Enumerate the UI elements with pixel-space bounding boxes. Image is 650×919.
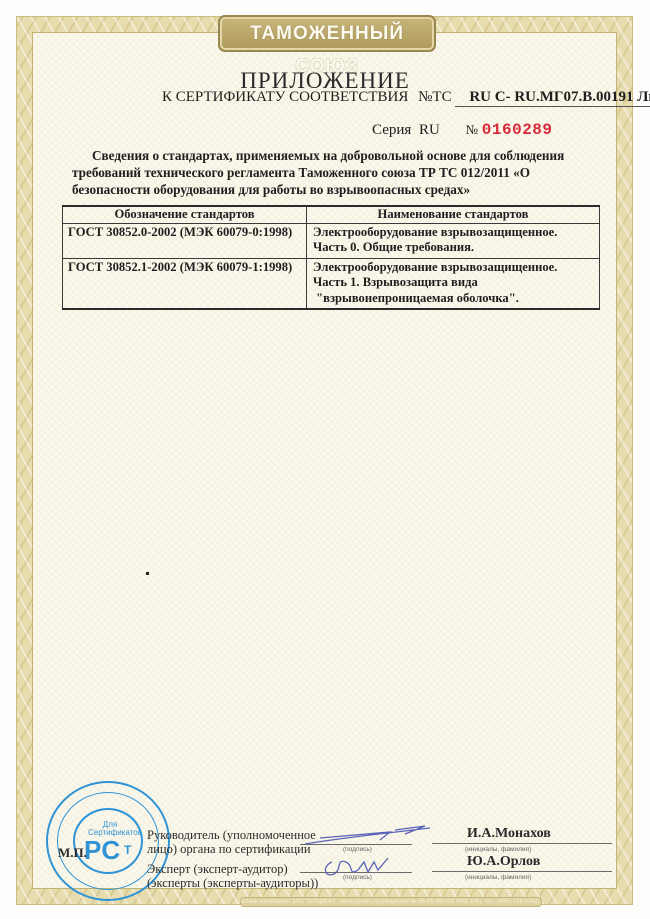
standard-name-line: Электрооборудование взрывозащищенное. xyxy=(313,260,594,276)
customs-union-banner: ТАМОЖЕННЫЙ СОЮЗ xyxy=(218,15,436,52)
head-label: Руководитель (уполномоченное лицо) орган… xyxy=(147,828,316,856)
seal-label: М.П. xyxy=(58,845,87,861)
expert-label-line: (эксперты (эксперты-аудиторы)) xyxy=(147,876,318,890)
form-number: 0160289 xyxy=(482,121,553,139)
name-caption: (инициалы, фамилия) xyxy=(465,874,531,881)
stray-dot xyxy=(146,572,149,575)
table-header-row: Обозначение стандартов Наименование стан… xyxy=(63,206,600,223)
standards-table: Обозначение стандартов Наименование стан… xyxy=(62,205,600,310)
expert-name: Ю.А.Орлов xyxy=(467,854,540,870)
standard-name: Электрооборудование взрывозащищенное. Ча… xyxy=(307,258,600,309)
head-name: И.А.Монахов xyxy=(467,826,551,842)
expert-name-line xyxy=(432,871,612,872)
series-line: Серия RU № 0160289 xyxy=(372,121,553,139)
form-no-label: № xyxy=(466,122,478,137)
intro-paragraph: Сведения о стандартах, применяемых на до… xyxy=(72,147,584,198)
standard-designation: ГОСТ 30852.0-2002 (МЭК 60079-0:1998) xyxy=(63,223,307,258)
expert-signature-icon xyxy=(318,852,408,882)
standard-name-line: Электрооборудование взрывозащищенное. xyxy=(313,225,594,241)
series-value: RU xyxy=(419,122,440,138)
expert-label-line: Эксперт (эксперт-аудитор) xyxy=(147,862,318,876)
rst-logo-icon: PC xyxy=(84,835,120,866)
rst-logo-t-icon: T xyxy=(124,843,131,857)
table-row: ГОСТ 30852.1-2002 (МЭК 60079-1:1998) Эле… xyxy=(63,258,600,309)
standard-designation: ГОСТ 30852.1-2002 (МЭК 60079-1:1998) xyxy=(63,258,307,309)
name-caption: (инициалы, фамилия) xyxy=(465,846,531,853)
certificate-prefix: К СЕРТИФИКАТУ СООТВЕТСТВИЯ xyxy=(162,89,408,105)
standard-name-line: "взрывонепроницаемая оболочка". xyxy=(313,291,594,307)
column-header-name: Наименование стандартов xyxy=(307,206,600,223)
certificate-number: RU C- RU.МГ07.В.00191 Лист 1 xyxy=(455,89,650,107)
standard-name-line: Часть 1. Взрывозащита вида xyxy=(313,275,594,291)
series-label: Серия xyxy=(372,122,411,138)
table-row: ГОСТ 30852.0-2002 (МЭК 60079-0:1998) Эле… xyxy=(63,223,600,258)
head-name-line xyxy=(432,843,612,844)
head-label-line: Руководитель (уполномоченное xyxy=(147,828,316,842)
expert-label: Эксперт (эксперт-аудитор) (эксперты (экс… xyxy=(147,862,318,890)
standard-name: Электрооборудование взрывозащищенное. Ча… xyxy=(307,223,600,258)
head-signature-icon xyxy=(300,820,435,850)
printer-footer: Бланк изготовлен ЗАО "ОПЦИОН", www.opcio… xyxy=(240,897,542,907)
head-label-line: лицо) органа по сертификации xyxy=(147,842,316,856)
certificate-line: К СЕРТИФИКАТУ СООТВЕТСТВИЯ №ТС RU C- RU.… xyxy=(162,89,650,107)
column-header-designation: Обозначение стандартов xyxy=(63,206,307,223)
standard-name-line: Часть 0. Общие требования. xyxy=(313,240,594,256)
certificate-no-label: №ТС xyxy=(418,89,451,105)
